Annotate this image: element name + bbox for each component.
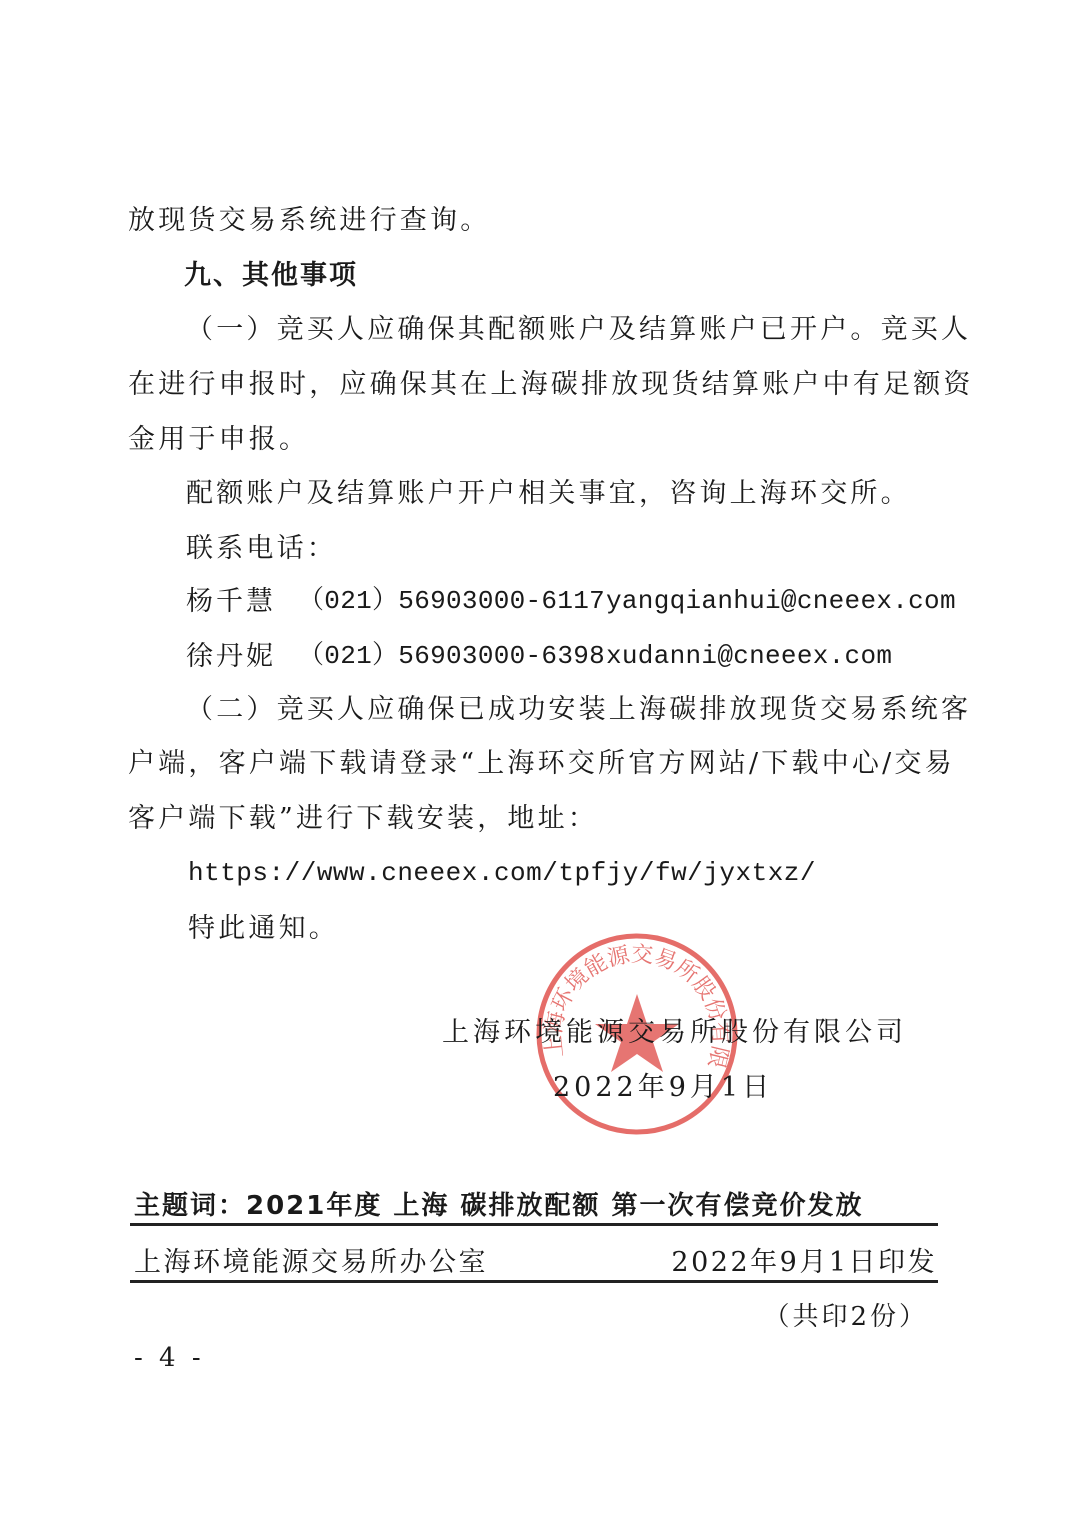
contact-name: 徐丹妮: [186, 643, 276, 670]
paragraph-1-line-1: （一）竞买人应确保其配额账户及结算账户已开户。竞买人: [186, 316, 971, 343]
issuing-office: 上海环境能源交易所办公室: [134, 1240, 488, 1279]
download-url[interactable]: https://www.cneeex.com/tpfjy/fw/jyxtxz/: [188, 860, 816, 886]
divider: [130, 1280, 938, 1283]
contact-name: 杨千慧: [186, 588, 276, 615]
contact-email[interactable]: xudanni@cneeex.com: [606, 643, 892, 669]
signature-date: 2022年9月1日: [553, 1074, 773, 1101]
paragraph-3-line-2: 户端，客户端下载请登录“上海环交所官方网站/下载中心/交易: [128, 750, 955, 777]
page-number: - 4 -: [134, 1343, 205, 1373]
divider: [130, 1223, 938, 1226]
subject-keywords: 主题词：2021年度 上海 碳排放配额 第一次有偿竞价发放: [134, 1185, 864, 1222]
copies-count: （共印2份）: [763, 1296, 928, 1333]
paragraph-3-line-1: （二）竞买人应确保已成功安装上海碳排放现货交易系统客: [186, 696, 971, 723]
contact-phone: （021）56903000-6398: [298, 643, 605, 669]
closing-text: 特此通知。: [188, 915, 339, 942]
print-date: 2022年9月1日印发: [671, 1240, 937, 1279]
paragraph-1-line-3: 金用于申报。: [128, 426, 309, 453]
section-heading: 九、其他事项: [184, 262, 358, 289]
contact-phone: （021）56903000-6117: [298, 588, 605, 614]
paragraph-2: 配额账户及结算账户开户相关事宜，咨询上海环交所。: [186, 480, 911, 507]
paragraph-1-line-2: 在进行申报时，应确保其在上海碳排放现货结算账户中有足额资: [128, 371, 974, 398]
paragraph-3-line-3: 客户端下载”进行下载安装，地址：: [128, 805, 598, 832]
continuation-text: 放现货交易系统进行查询。: [128, 207, 490, 234]
contact-label: 联系电话：: [186, 535, 337, 562]
signature-organization: 上海环境能源交易所股份有限公司: [442, 1019, 907, 1046]
contact-email[interactable]: yangqianhui@cneeex.com: [606, 588, 956, 614]
